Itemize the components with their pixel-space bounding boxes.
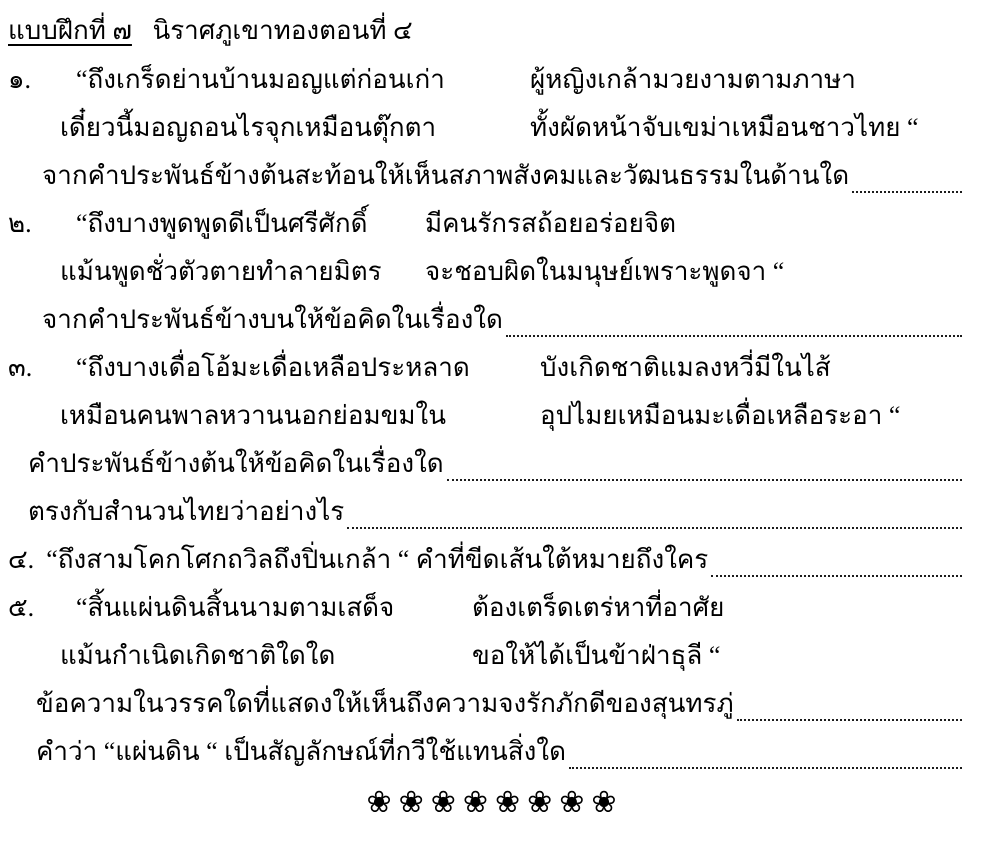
prompt-text: คำว่า “แผ่นดิน “ เป็นสัญลักษณ์ที่กวีใช้แ… [36,730,566,778]
verse-row: เดี๋ยวนี้มอญถอนไรจุกเหมือนตุ๊กตา ทั้งผัด… [8,106,982,154]
verse-left: เหมือนคนพาลหวานนอกย่อมขมใน [60,394,540,442]
prompt-text: ตรงกับสำนวนไทยว่าอย่างไร [28,490,344,538]
prompt-row: ๔. “ถึงสามโคกโศกถวิลถึงปิ่นเกล้า “ คำที่… [8,538,982,586]
verse-right: มีคนรักรสถ้อยอร่อยจิต [425,202,676,250]
answer-blank [711,575,962,577]
verse-right: จะชอบผิดในมนุษย์เพราะพูดจา “ [425,250,784,298]
prompt-text: “ถึงสามโคกโศกถวิลถึงปิ่นเกล้า “ คำที่ขีด… [46,538,708,586]
prompt-text: ข้อความในวรรคใดที่แสดงให้เห็นถึงความจงรั… [36,682,734,730]
verse-right: บังเกิดชาติแมลงหวี่มีในไส้ [540,346,831,394]
prompt-row: ตรงกับสำนวนไทยว่าอย่างไร [8,490,982,538]
question-4: ๔. “ถึงสามโคกโศกถวิลถึงปิ่นเกล้า “ คำที่… [8,538,982,586]
spacer [8,250,60,298]
verse-left: “ถึงบางเดื่อโอ้มะเดื่อเหลือประหลาด [60,346,540,394]
verse-left: “ถึงบางพูดพูดดีเป็นศรีศักดิ์ [60,202,425,250]
prompt-row: คำประพันธ์ข้างต้นให้ข้อคิดในเรื่องใด [8,442,982,490]
worksheet-page: แบบฝึกที่ ๗ นิราศภูเขาทองตอนที่ ๔ ๑. “ถึ… [0,0,992,851]
verse-left: “ถึงเกร็ดย่านบ้านมอญแต่ก่อนเก่า [60,58,530,106]
prompt-row: จากคำประพันธ์ข้างบนให้ข้อคิดในเรื่องใด [8,298,982,346]
flower-ornament-row: ❀❀❀❀❀❀❀❀ [8,778,982,832]
prompt-text: จากคำประพันธ์ข้างบนให้ข้อคิดในเรื่องใด [42,298,503,346]
question-3: ๓. “ถึงบางเดื่อโอ้มะเดื่อเหลือประหลาด บั… [8,346,982,538]
question-5: ๕. “สิ้นแผ่นดินสิ้นนามตามเสด็จ ต้องเตร็ด… [8,586,982,778]
verse-row: แม้นพูดชั่วตัวตายทำลายมิตร จะชอบผิดในมนุ… [8,250,982,298]
verse-row: แม้นกำเนิดเกิดชาติใดใด ขอให้ได้เป็นข้าฝ่… [8,634,982,682]
question-2: ๒. “ถึงบางพูดพูดดีเป็นศรีศักดิ์ มีคนรักร… [8,202,982,346]
answer-blank [347,527,962,529]
verse-row: เหมือนคนพาลหวานนอกย่อมขมใน อุปไมยเหมือนม… [8,394,982,442]
verse-left: แม้นพูดชั่วตัวตายทำลายมิตร [60,250,425,298]
verse-right: ต้องเตร็ดเตร่หาที่อาศัย [472,586,724,634]
question-number: ๕. [8,586,60,634]
question-number: ๓. [8,346,60,394]
answer-blank [506,335,962,337]
prompt-row: ข้อความในวรรคใดที่แสดงให้เห็นถึงความจงรั… [8,682,982,730]
verse-left: “สิ้นแผ่นดินสิ้นนามตามเสด็จ [60,586,472,634]
prompt-text: คำประพันธ์ข้างต้นให้ข้อคิดในเรื่องใด [28,442,444,490]
question-number: ๔. [8,538,34,586]
verse-right: ขอให้ได้เป็นข้าฝ่าธุลี “ [472,634,720,682]
answer-blank [569,767,962,769]
flower-icon: ❀❀❀❀❀❀❀❀ [366,786,623,819]
answer-blank [852,191,962,193]
page-title: แบบฝึกที่ ๗ นิราศภูเขาทองตอนที่ ๔ [8,8,982,58]
verse-right: ทั้งผัดหน้าจับเขม่าเหมือนชาวไทย “ [530,106,919,154]
question-1: ๑. “ถึงเกร็ดย่านบ้านมอญแต่ก่อนเก่า ผู้หญ… [8,58,982,202]
verse-row: ๒. “ถึงบางพูดพูดดีเป็นศรีศักดิ์ มีคนรักร… [8,202,982,250]
prompt-row: จากคำประพันธ์ข้างต้นสะท้อนให้เห็นสภาพสัง… [8,154,982,202]
spacer [8,106,60,154]
verse-left: แม้นกำเนิดเกิดชาติใดใด [60,634,472,682]
question-number: ๒. [8,202,60,250]
prompt-text: จากคำประพันธ์ข้างต้นสะท้อนให้เห็นสภาพสัง… [42,154,849,202]
answer-blank [737,719,962,721]
verse-row: ๕. “สิ้นแผ่นดินสิ้นนามตามเสด็จ ต้องเตร็ด… [8,586,982,634]
title-exercise-number: แบบฝึกที่ ๗ [8,16,132,45]
verse-row: ๓. “ถึงบางเดื่อโอ้มะเดื่อเหลือประหลาด บั… [8,346,982,394]
verse-right: ผู้หญิงเกล้ามวยงามตามภาษา [530,58,856,106]
verse-right: อุปไมยเหมือนมะเดื่อเหลือระอา “ [540,394,900,442]
answer-blank [447,479,962,481]
spacer [8,394,60,442]
spacer [8,634,60,682]
prompt-row: คำว่า “แผ่นดิน “ เป็นสัญลักษณ์ที่กวีใช้แ… [8,730,982,778]
title-lesson-name: นิราศภูเขาทองตอนที่ ๔ [152,16,412,45]
question-number: ๑. [8,58,60,106]
verse-row: ๑. “ถึงเกร็ดย่านบ้านมอญแต่ก่อนเก่า ผู้หญ… [8,58,982,106]
verse-left: เดี๋ยวนี้มอญถอนไรจุกเหมือนตุ๊กตา [60,106,530,154]
